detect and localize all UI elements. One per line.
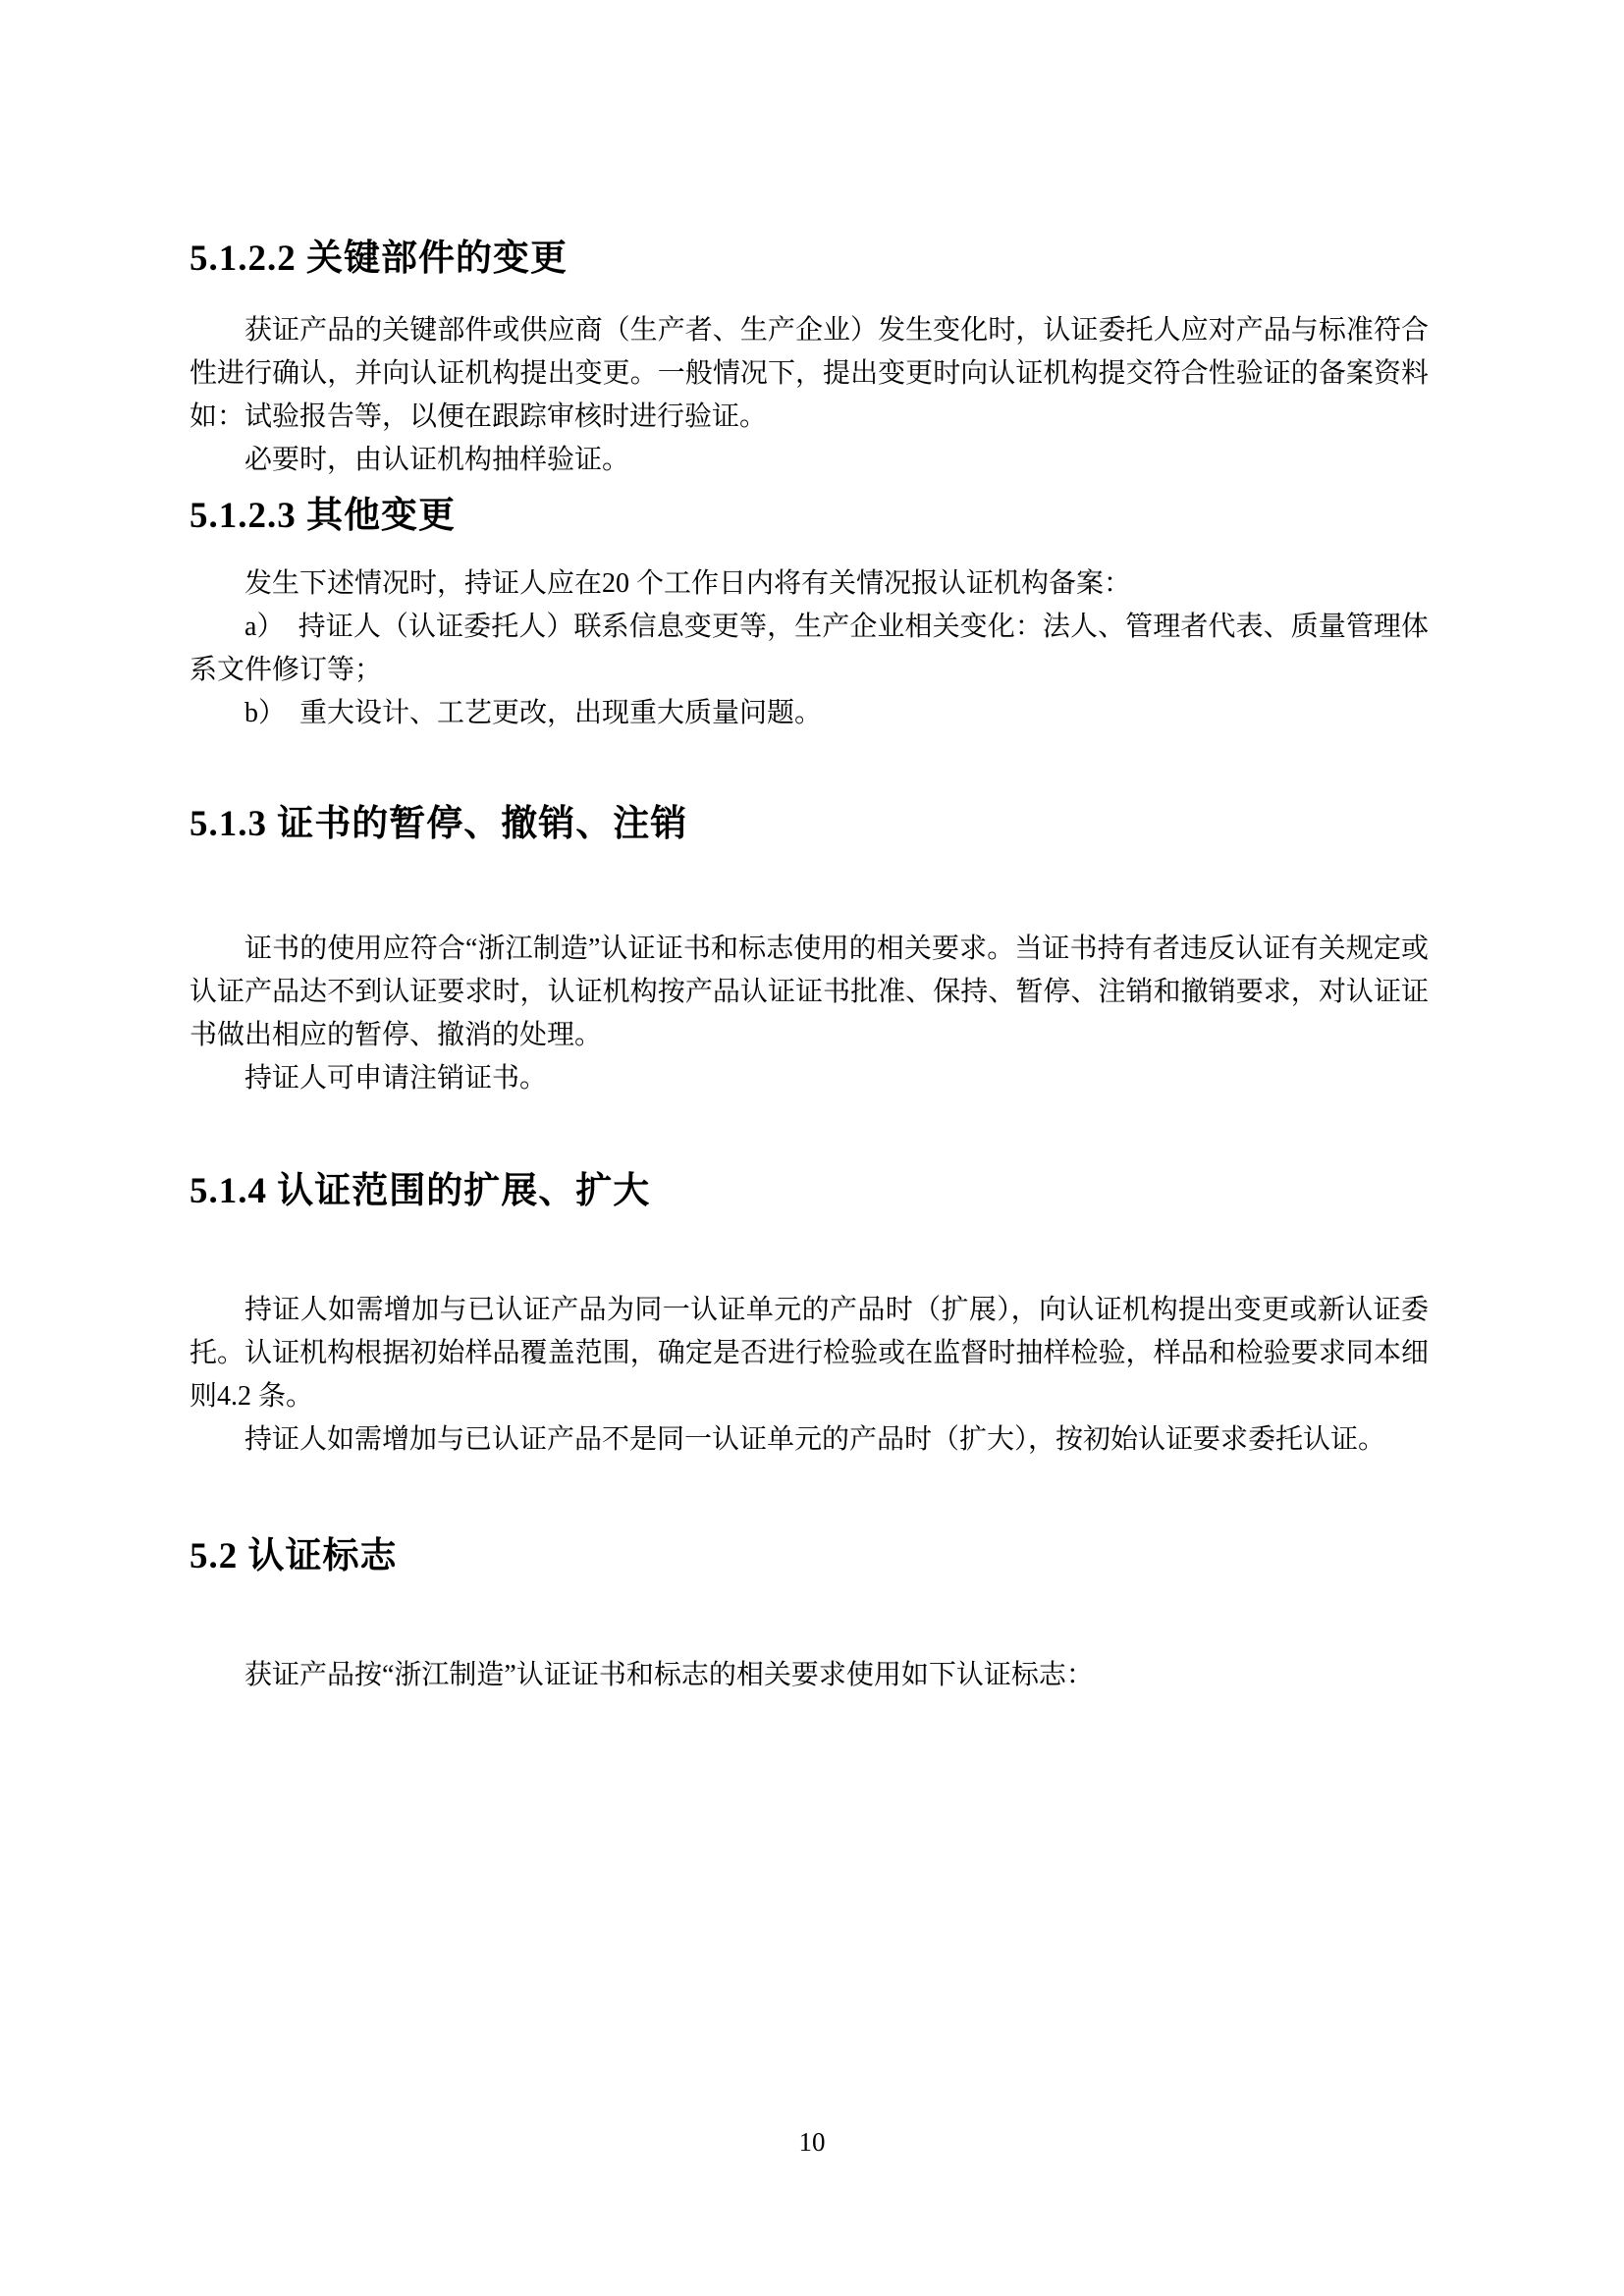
section-5-2: 5.2 认证标志 获证产品按“浙江制造”认证证书和标志的相关要求使用如下认证标志… (189, 1536, 1429, 1697)
heading-5-1-3: 5.1.3 证书的暂停、撤销、注销 (189, 804, 1429, 845)
section-5-1-3: 5.1.3 证书的暂停、撤销、注销 证书的使用应符合“浙江制造”认证证书和标志使… (189, 804, 1429, 1100)
heading-5-1-2-2: 5.1.2.2 关键部件的变更 (189, 239, 1429, 280)
heading-5-2: 5.2 认证标志 (189, 1536, 1429, 1577)
paragraph: 发生下述情况时，持证人应在20 个工作日内将有关情况报认证机构备案： (189, 562, 1429, 606)
heading-5-1-4: 5.1.4 认证范围的扩展、扩大 (189, 1171, 1429, 1212)
document-content: 5.1.2.2 关键部件的变更 获证产品的关键部件或供应商（生产者、生产企业）发… (189, 239, 1429, 1697)
paragraph: 证书的使用应符合“浙江制造”认证证书和标志使用的相关要求。当证书持有者违反认证有… (189, 928, 1429, 1057)
section-5-1-2-3: 5.1.2.3 其他变更 发生下述情况时，持证人应在20 个工作日内将有关情况报… (189, 496, 1429, 735)
paragraph: 获证产品按“浙江制造”认证证书和标志的相关要求使用如下认证标志： (189, 1654, 1429, 1697)
paragraph: 持证人可申请注销证书。 (189, 1057, 1429, 1100)
paragraph: 持证人如需增加与已认证产品不是同一认证单元的产品时（扩大），按初始认证要求委托认… (189, 1418, 1429, 1462)
heading-5-1-2-3: 5.1.2.3 其他变更 (189, 496, 1429, 537)
page-number: 10 (0, 2126, 1624, 2158)
paragraph: 持证人如需增加与已认证产品为同一认证单元的产品时（扩展），向认证机构提出变更或新… (189, 1289, 1429, 1418)
section-5-1-4: 5.1.4 认证范围的扩展、扩大 持证人如需增加与已认证产品为同一认证单元的产品… (189, 1171, 1429, 1462)
section-5-1-2-2: 5.1.2.2 关键部件的变更 获证产品的关键部件或供应商（生产者、生产企业）发… (189, 239, 1429, 482)
list-item-a: a） 持证人（认证委托人）联系信息变更等，生产企业相关变化：法人、管理者代表、质… (189, 606, 1429, 692)
list-item-b: b） 重大设计、工艺更改，出现重大质量问题。 (189, 692, 1429, 735)
paragraph: 获证产品的关键部件或供应商（生产者、生产企业）发生变化时，认证委托人应对产品与标… (189, 309, 1429, 439)
paragraph: 必要时，由认证机构抽样验证。 (189, 439, 1429, 482)
document-page: 5.1.2.2 关键部件的变更 获证产品的关键部件或供应商（生产者、生产企业）发… (0, 0, 1624, 2296)
